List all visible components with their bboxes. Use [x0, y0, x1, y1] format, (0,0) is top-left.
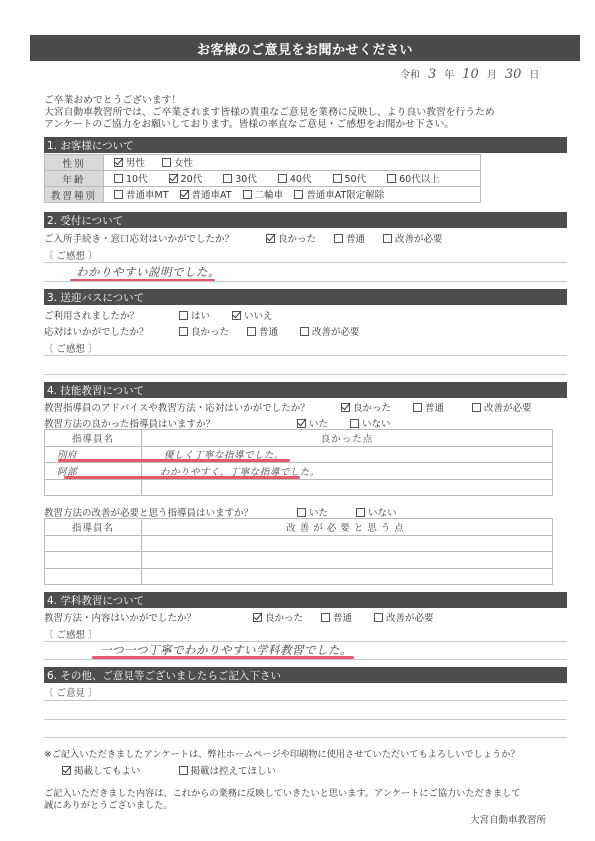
reception-comment[interactable]: わかりやすい説明でした。: [76, 264, 220, 280]
date-month-unit: 月: [487, 66, 497, 81]
closing-line-1: ご記入いただきました内容は、これからの業務に反映していきたいと思います。アンケー…: [44, 788, 584, 800]
table-row: [45, 479, 553, 496]
instructor-name-cell[interactable]: [45, 552, 142, 569]
option-average[interactable]: 普通: [413, 400, 444, 414]
checkbox-checked-icon[interactable]: [62, 766, 71, 775]
intro-line-2: 大宮自動車教習所では、ご卒業されます皆様の貴重なご意見を業務に反映し、より良い教…: [44, 107, 574, 119]
option-at-limit-removal[interactable]: 普通車AT限定解除: [294, 187, 384, 201]
option-label: 掲載してもよい: [74, 763, 141, 777]
option-40s[interactable]: 40代: [278, 171, 312, 185]
comment-line[interactable]: [44, 355, 567, 356]
checkbox-icon[interactable]: [243, 190, 252, 199]
question-text: 教習方法の改善が必要と思う指導員はいますか？: [44, 505, 297, 519]
checkbox-checked-icon[interactable]: [341, 403, 350, 412]
good-point-cell[interactable]: [142, 479, 553, 496]
intro-line-1: ご卒業おめでとうございます！: [44, 95, 574, 107]
age-row: 年齢 10代 20代 30代 40代 50代 60代以上: [45, 171, 481, 187]
red-underline: [58, 459, 290, 462]
closing-text: ご記入いただきました内容は、これからの業務に反映していきたいと思います。アンケー…: [44, 788, 584, 812]
checkbox-icon[interactable]: [350, 419, 359, 428]
checkbox-icon[interactable]: [278, 174, 287, 183]
course-type-label: 教習種別: [45, 187, 104, 203]
comment-line[interactable]: [44, 374, 567, 375]
comment-line: [44, 281, 567, 282]
consent-options-row: 掲載してもよい 掲載は控えてほしい: [62, 763, 290, 777]
improvement-point-cell[interactable]: [142, 568, 553, 585]
checkbox-icon[interactable]: [413, 403, 422, 412]
option-label: いいえ: [244, 308, 273, 322]
option-label: 二輪車: [255, 187, 284, 201]
section-3-header: 3. 送迎バスについて: [44, 289, 567, 305]
date-year-unit: 年: [444, 66, 454, 81]
date-month[interactable]: 10: [462, 67, 479, 82]
opinion-line[interactable]: [44, 719, 567, 720]
table-header-row: 指導員名 改善が必要と思う点: [45, 519, 553, 536]
improvement-point-cell[interactable]: [142, 535, 553, 552]
section-1-header: 1. お客様について: [44, 137, 567, 153]
option-good[interactable]: 良かった: [266, 231, 316, 245]
checkbox-icon[interactable]: [333, 174, 342, 183]
option-motorcycle[interactable]: 二輪車: [243, 187, 284, 201]
column-header-instructor: 指導員名: [45, 430, 142, 447]
checkbox-checked-icon[interactable]: [232, 311, 241, 320]
option-label: 普通車AT: [192, 187, 232, 201]
option-needs-improvement[interactable]: 改善が必要: [300, 324, 360, 338]
form-title: お客様のご意見をお聞かせください: [30, 35, 580, 61]
option-label: 60代以上: [399, 171, 440, 185]
instructor-name-cell[interactable]: [45, 479, 142, 496]
option-mt[interactable]: 普通車MT: [114, 187, 169, 201]
option-label: 改善が必要: [395, 231, 443, 245]
checkbox-icon[interactable]: [297, 508, 306, 517]
bus-service-row: 応対はいかがでしたか？ 良かった 普通 改善が必要: [44, 324, 374, 338]
improve-instructor-table: 指導員名 改善が必要と思う点: [44, 518, 553, 585]
option-label: いない: [362, 416, 391, 430]
checkbox-icon[interactable]: [179, 327, 188, 336]
checkbox-checked-icon[interactable]: [169, 174, 178, 183]
gender-row: 性別 男性 女性: [45, 155, 481, 171]
checkbox-icon[interactable]: [374, 613, 383, 622]
option-30s[interactable]: 30代: [223, 171, 257, 185]
option-label: 40代: [290, 171, 312, 185]
option-label: 良かった: [265, 610, 303, 624]
option-average[interactable]: 普通: [334, 231, 365, 245]
option-yes[interactable]: いた: [297, 416, 328, 430]
option-average[interactable]: 普通: [247, 324, 278, 338]
instructor-name-cell[interactable]: [45, 568, 142, 585]
option-label: 20代: [181, 171, 203, 185]
option-no[interactable]: いない: [350, 416, 391, 430]
option-label: 普通: [425, 400, 444, 414]
reception-question-row: ご入所手続き・窓口応対はいかがでしたか？ 良かった 普通 改善が必要: [44, 231, 457, 245]
option-allow-publish[interactable]: 掲載してもよい: [62, 763, 141, 777]
improve-instructor-row: 教習方法の改善が必要と思う指導員はいますか？ いた いない: [44, 505, 411, 519]
option-no[interactable]: いいえ: [232, 308, 273, 322]
option-good[interactable]: 良かった: [253, 610, 303, 624]
column-header-instructor: 指導員名: [45, 519, 142, 536]
checkbox-checked-icon[interactable]: [114, 158, 123, 167]
date-era: 令和: [400, 66, 420, 81]
option-label: 男性: [126, 155, 145, 169]
checkbox-icon[interactable]: [356, 508, 365, 517]
table-row: [45, 535, 553, 552]
option-10s[interactable]: 10代: [114, 171, 148, 185]
comment-line: [44, 659, 567, 660]
opinion-line[interactable]: [44, 737, 567, 738]
question-text: 教習指導員のアドバイスや教習方法・応対はいかがでしたか？: [44, 400, 341, 414]
classroom-question-row: 教習方法・内容はいかがでしたか？ 良かった 普通 改善が必要: [44, 610, 448, 624]
option-label: 普通: [259, 324, 278, 338]
option-label: 改善が必要: [312, 324, 360, 338]
good-instructor-table: 指導員名 良かった点 別府 優しく丁寧な指導でした。 阿部 わかりやすく、丁寧な…: [44, 429, 553, 496]
option-label: 改善が必要: [484, 400, 532, 414]
option-yes[interactable]: いた: [297, 505, 328, 519]
comment-label: 〔 ご感想 〕: [44, 627, 98, 641]
checkbox-icon[interactable]: [114, 190, 123, 199]
signature: 大宮自動車教習所: [470, 812, 546, 826]
option-60s-plus[interactable]: 60代以上: [387, 171, 440, 185]
checkbox-icon[interactable]: [247, 327, 256, 336]
option-average[interactable]: 普通: [321, 610, 352, 624]
option-20s[interactable]: 20代: [169, 171, 203, 185]
option-label: いた: [309, 505, 328, 519]
checkbox-icon[interactable]: [472, 403, 481, 412]
checkbox-icon[interactable]: [334, 234, 343, 243]
section-2-header: 2. 受付について: [44, 212, 567, 228]
consent-question: ※ご記入いただきましたアンケートは、弊社ホームページや印刷物に使用させていただい…: [44, 749, 584, 761]
option-at[interactable]: 普通車AT: [180, 187, 232, 201]
section-6-header: 6. その他、ご意見等ございましたらご記入下さい: [44, 667, 567, 683]
option-label: 良かった: [353, 400, 391, 414]
column-header-good-points: 良かった点: [142, 430, 553, 447]
option-label: はい: [191, 308, 210, 322]
section-4-header: 4. 技能教習について: [44, 382, 567, 398]
comment-line: [44, 262, 567, 263]
intro-line-3: アンケートのご協力をお願いしております。皆様の率直なご意見・ご感想をお聞かせ下さ…: [44, 119, 574, 131]
opinion-line[interactable]: [44, 700, 567, 701]
date-row: 令和 3 年 10 月 30 日: [400, 66, 570, 82]
question-text: 応対はいかがでしたか？: [44, 324, 179, 338]
question-text: 教習方法の良かった指導員はいますか？: [44, 416, 297, 430]
checkbox-icon[interactable]: [294, 190, 303, 199]
date-day[interactable]: 30: [505, 67, 522, 82]
option-needs-improvement[interactable]: 改善が必要: [383, 231, 443, 245]
checkbox-checked-icon[interactable]: [180, 190, 189, 199]
option-label: 普通: [346, 231, 365, 245]
table-row: [45, 552, 553, 569]
closing-line-2: 誠にありがとうございました。: [44, 800, 584, 812]
option-female[interactable]: 女性: [162, 155, 193, 169]
option-label: 改善が必要: [386, 610, 434, 624]
comment-label: 〔 ご感想 〕: [44, 248, 98, 262]
checkbox-icon[interactable]: [387, 174, 396, 183]
checkbox-icon[interactable]: [179, 766, 188, 775]
option-50s[interactable]: 50代: [333, 171, 367, 185]
option-label: 普通車AT限定解除: [306, 187, 384, 201]
good-instructor-row: 教習方法の良かった指導員はいますか？ いた いない: [44, 416, 405, 430]
option-needs-improvement[interactable]: 改善が必要: [374, 610, 434, 624]
option-label: いない: [368, 505, 397, 519]
opinion-label: 〔 ご意見 〕: [44, 685, 98, 699]
option-label: 10代: [126, 171, 148, 185]
improvement-point-cell[interactable]: [142, 552, 553, 569]
date-day-unit: 日: [529, 66, 539, 81]
column-header-improvement-points: 改善が必要と思う点: [142, 519, 553, 536]
question-text: ご入所手続き・窓口応対はいかがでしたか？: [44, 231, 266, 245]
gender-label: 性別: [45, 155, 104, 171]
course-type-row: 教習種別 普通車MT 普通車AT 二輪車 普通車AT限定解除: [45, 187, 481, 203]
option-label: 良かった: [278, 231, 316, 245]
checkbox-icon[interactable]: [162, 158, 171, 167]
checkbox-icon[interactable]: [114, 174, 123, 183]
checkbox-icon[interactable]: [179, 311, 188, 320]
option-no[interactable]: いない: [356, 505, 397, 519]
checkbox-icon[interactable]: [223, 174, 232, 183]
table-row: [45, 568, 553, 585]
option-label: 女性: [174, 155, 193, 169]
option-label: 普通: [333, 610, 352, 624]
bus-usage-row: ご利用されましたか？ はい いいえ: [44, 308, 287, 322]
checkbox-checked-icon[interactable]: [297, 419, 306, 428]
red-underline: [64, 476, 300, 479]
option-label: 良かった: [191, 324, 229, 338]
age-label: 年齢: [45, 171, 104, 187]
option-yes[interactable]: はい: [179, 308, 210, 322]
checkbox-checked-icon[interactable]: [253, 613, 262, 622]
intro-text: ご卒業おめでとうございます！ 大宮自動車教習所では、ご卒業されます皆様の貴重なご…: [44, 95, 574, 131]
option-male[interactable]: 男性: [114, 155, 145, 169]
option-needs-improvement[interactable]: 改善が必要: [472, 400, 532, 414]
question-text: 教習方法・内容はいかがでしたか？: [44, 610, 253, 624]
option-label: 30代: [235, 171, 257, 185]
option-label: いた: [309, 416, 328, 430]
option-label: 掲載は控えてほしい: [191, 763, 277, 777]
date-year[interactable]: 3: [428, 67, 436, 82]
option-good[interactable]: 良かった: [341, 400, 391, 414]
checkbox-icon[interactable]: [321, 613, 330, 622]
option-label: 50代: [345, 171, 367, 185]
checkbox-checked-icon[interactable]: [266, 234, 275, 243]
option-decline-publish[interactable]: 掲載は控えてほしい: [179, 763, 277, 777]
option-label: 普通車MT: [126, 187, 169, 201]
checkbox-icon[interactable]: [300, 327, 309, 336]
table-header-row: 指導員名 良かった点: [45, 430, 553, 447]
checkbox-icon[interactable]: [383, 234, 392, 243]
customer-info-table: 性別 男性 女性 年齢 10代 20代 30代 40代 50代 60代以上 教習…: [44, 154, 481, 203]
instructor-rating-row: 教習指導員のアドバイスや教習方法・応対はいかがでしたか？ 良かった 普通 改善が…: [44, 400, 546, 414]
question-text: ご利用されましたか？: [44, 308, 179, 322]
comment-label: 〔 ご感想 〕: [44, 341, 98, 355]
section-5-header: 4. 学科教習について: [44, 592, 567, 608]
instructor-name-cell[interactable]: [45, 535, 142, 552]
option-good[interactable]: 良かった: [179, 324, 229, 338]
